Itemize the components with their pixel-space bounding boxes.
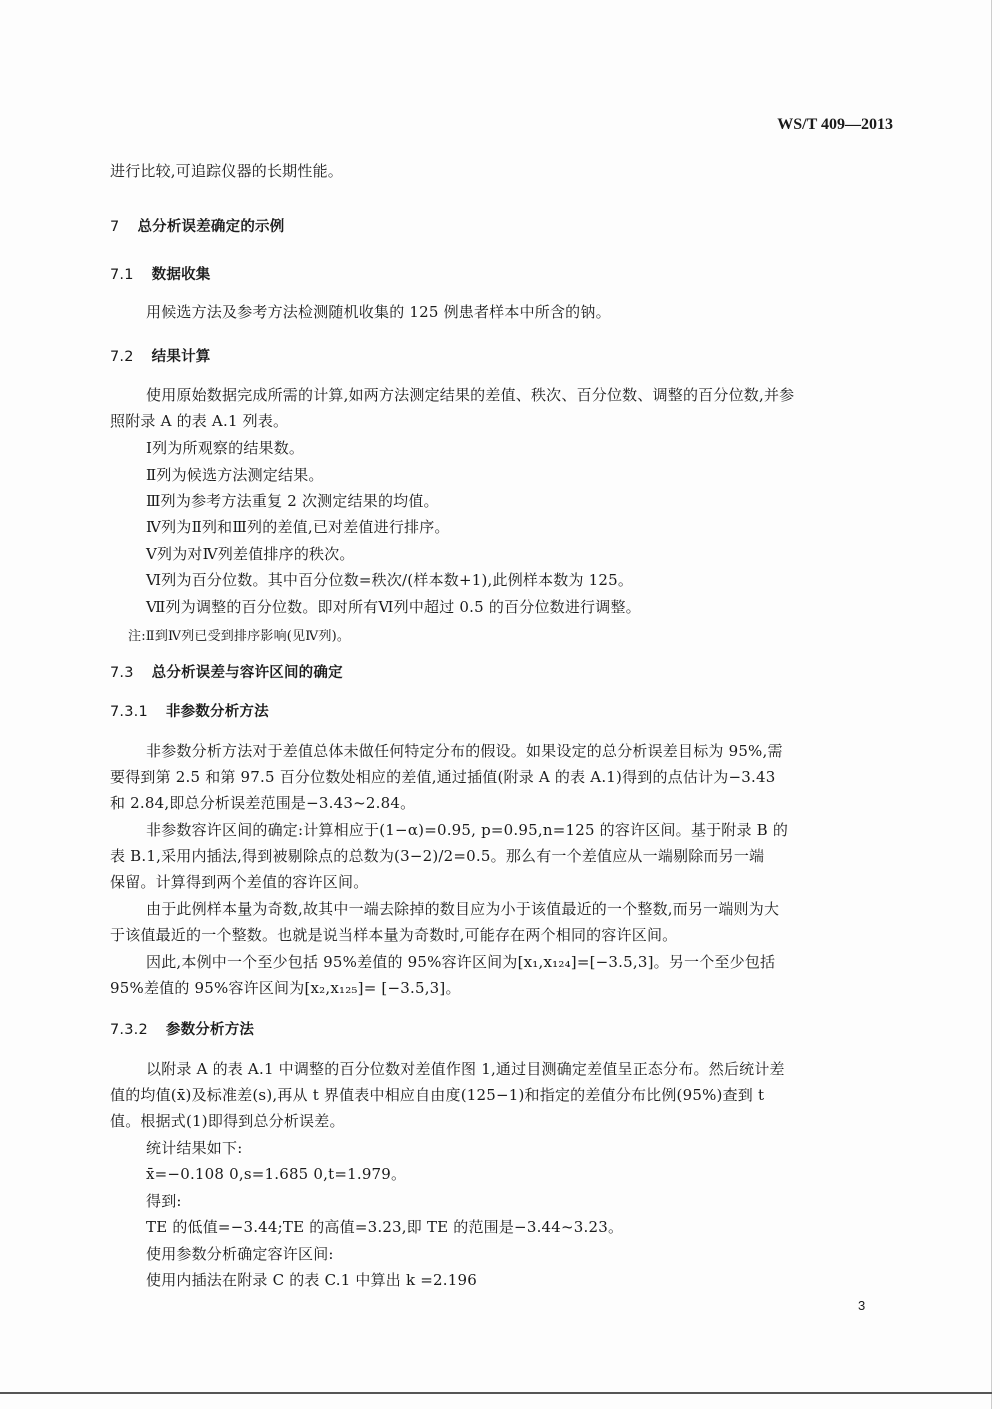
continuation-text: 进行比较,可追踪仪器的长期性能。	[110, 160, 343, 181]
section-number: 7.3.1	[110, 704, 148, 720]
page-edge	[991, 0, 992, 1409]
paragraph-line: 和 2.84,即总分析误差范围是−3.43~2.84。	[110, 792, 415, 813]
paragraph: 使用原始数据完成所需的计算,如两方法测定结果的差值、秩次、百分位数、调整的百分位…	[146, 384, 794, 405]
bottom-rule	[0, 1392, 992, 1394]
section-7-heading: 7总分析误差确定的示例	[110, 215, 284, 236]
paragraph-line: 因此,本例中一个至少包括 95%差值的 95%容许区间为[x₁,x₁₂₄]=[−…	[146, 951, 775, 972]
paragraph: 照附录 A 的表 A.1 列表。	[110, 410, 288, 431]
list-item: Ⅶ列为调整的百分位数。即对所有Ⅵ列中超过 0.5 的百分位数进行调整。	[146, 596, 641, 617]
section-number: 7.3	[110, 665, 134, 681]
paragraph-line: 保留。计算得到两个差值的容许区间。	[110, 871, 368, 892]
statistics-line: x̄=−0.108 0,s=1.685 0,t=1.979。	[146, 1163, 406, 1184]
document-page: WS/T 409—2013 进行比较,可追踪仪器的长期性能。 7总分析误差确定的…	[0, 0, 1000, 1409]
list-item: Ⅲ列为参考方法重复 2 次测定结果的均值。	[146, 490, 439, 511]
paragraph-line: 统计结果如下:	[146, 1137, 242, 1158]
section-title: 总分析误差与容许区间的确定	[152, 665, 343, 681]
paragraph-line: 值的均值(x̄)及标准差(s),再从 t 界值表中相应自由度(125−1)和指定…	[110, 1084, 764, 1105]
section-title: 参数分析方法	[166, 1022, 254, 1038]
page-number: 3	[858, 1298, 865, 1313]
k-value-line: 使用内插法在附录 C 的表 C.1 中算出 k =2.196	[146, 1269, 477, 1290]
list-item: Ⅳ列为Ⅱ列和Ⅲ列的差值,已对差值进行排序。	[146, 516, 450, 537]
list-item: Ⅱ列为候选方法测定结果。	[146, 464, 324, 485]
section-number: 7.3.2	[110, 1022, 148, 1038]
section-7-1-heading: 7.1数据收集	[110, 263, 210, 284]
section-title: 非参数分析方法	[166, 704, 269, 720]
list-item: Ⅴ列为对Ⅳ列差值排序的秩次。	[146, 543, 355, 564]
section-number: 7.2	[110, 349, 134, 365]
section-number: 7	[110, 219, 119, 235]
section-7-3-heading: 7.3总分析误差与容许区间的确定	[110, 661, 343, 682]
section-title: 总分析误差确定的示例	[137, 219, 284, 235]
section-7-2-heading: 7.2结果计算	[110, 345, 210, 366]
section-7-3-1-heading: 7.3.1非参数分析方法	[110, 700, 269, 721]
paragraph: 用候选方法及参考方法检测随机收集的 125 例患者样本中所含的钠。	[146, 301, 611, 322]
paragraph-line: 得到:	[146, 1190, 182, 1211]
te-result-line: TE 的低值=−3.44;TE 的高值=3.23,即 TE 的范围是−3.44~…	[146, 1216, 623, 1237]
paragraph-line: 使用参数分析确定容许区间:	[146, 1243, 334, 1264]
paragraph-line: 表 B.1,采用内插法,得到被剔除点的总数为(3−2)/2=0.5。那么有一个差…	[110, 845, 764, 866]
section-title: 数据收集	[152, 267, 211, 283]
list-item: Ⅵ列为百分位数。其中百分位数=秩次/(样本数+1),此例样本数为 125。	[146, 569, 633, 590]
paragraph-line: 值。根据式(1)即得到总分析误差。	[110, 1110, 345, 1131]
paragraph-line: 要得到第 2.5 和第 97.5 百分位数处相应的差值,通过插值(附录 A 的表…	[110, 766, 775, 787]
paragraph-line: 于该值最近的一个整数。也就是说当样本量为奇数时,可能存在两个相同的容许区间。	[110, 924, 677, 945]
section-title: 结果计算	[152, 349, 211, 365]
section-number: 7.1	[110, 267, 134, 283]
paragraph-line: 以附录 A 的表 A.1 中调整的百分位数对差值作图 1,通过目测确定差值呈正态…	[146, 1058, 785, 1079]
paragraph-line: 由于此例样本量为奇数,故其中一端去除掉的数目应为小于该值最近的一个整数,而另一端…	[146, 898, 779, 919]
paragraph-line: 非参数分析方法对于差值总体未做任何特定分布的假设。如果设定的总分析误差目标为 9…	[146, 740, 783, 761]
list-item: Ⅰ列为所观察的结果数。	[146, 437, 304, 458]
note: 注:Ⅱ到Ⅳ列已受到排序影响(见Ⅳ列)。	[128, 625, 350, 644]
standard-code: WS/T 409—2013	[777, 116, 893, 134]
paragraph-line: 非参数容许区间的确定:计算相应于(1−α)=0.95, p=0.95,n=125…	[146, 819, 788, 840]
section-7-3-2-heading: 7.3.2参数分析方法	[110, 1018, 254, 1039]
paragraph-line: 95%差值的 95%容许区间为[x₂,x₁₂₅]= [−3.5,3]。	[110, 977, 461, 998]
